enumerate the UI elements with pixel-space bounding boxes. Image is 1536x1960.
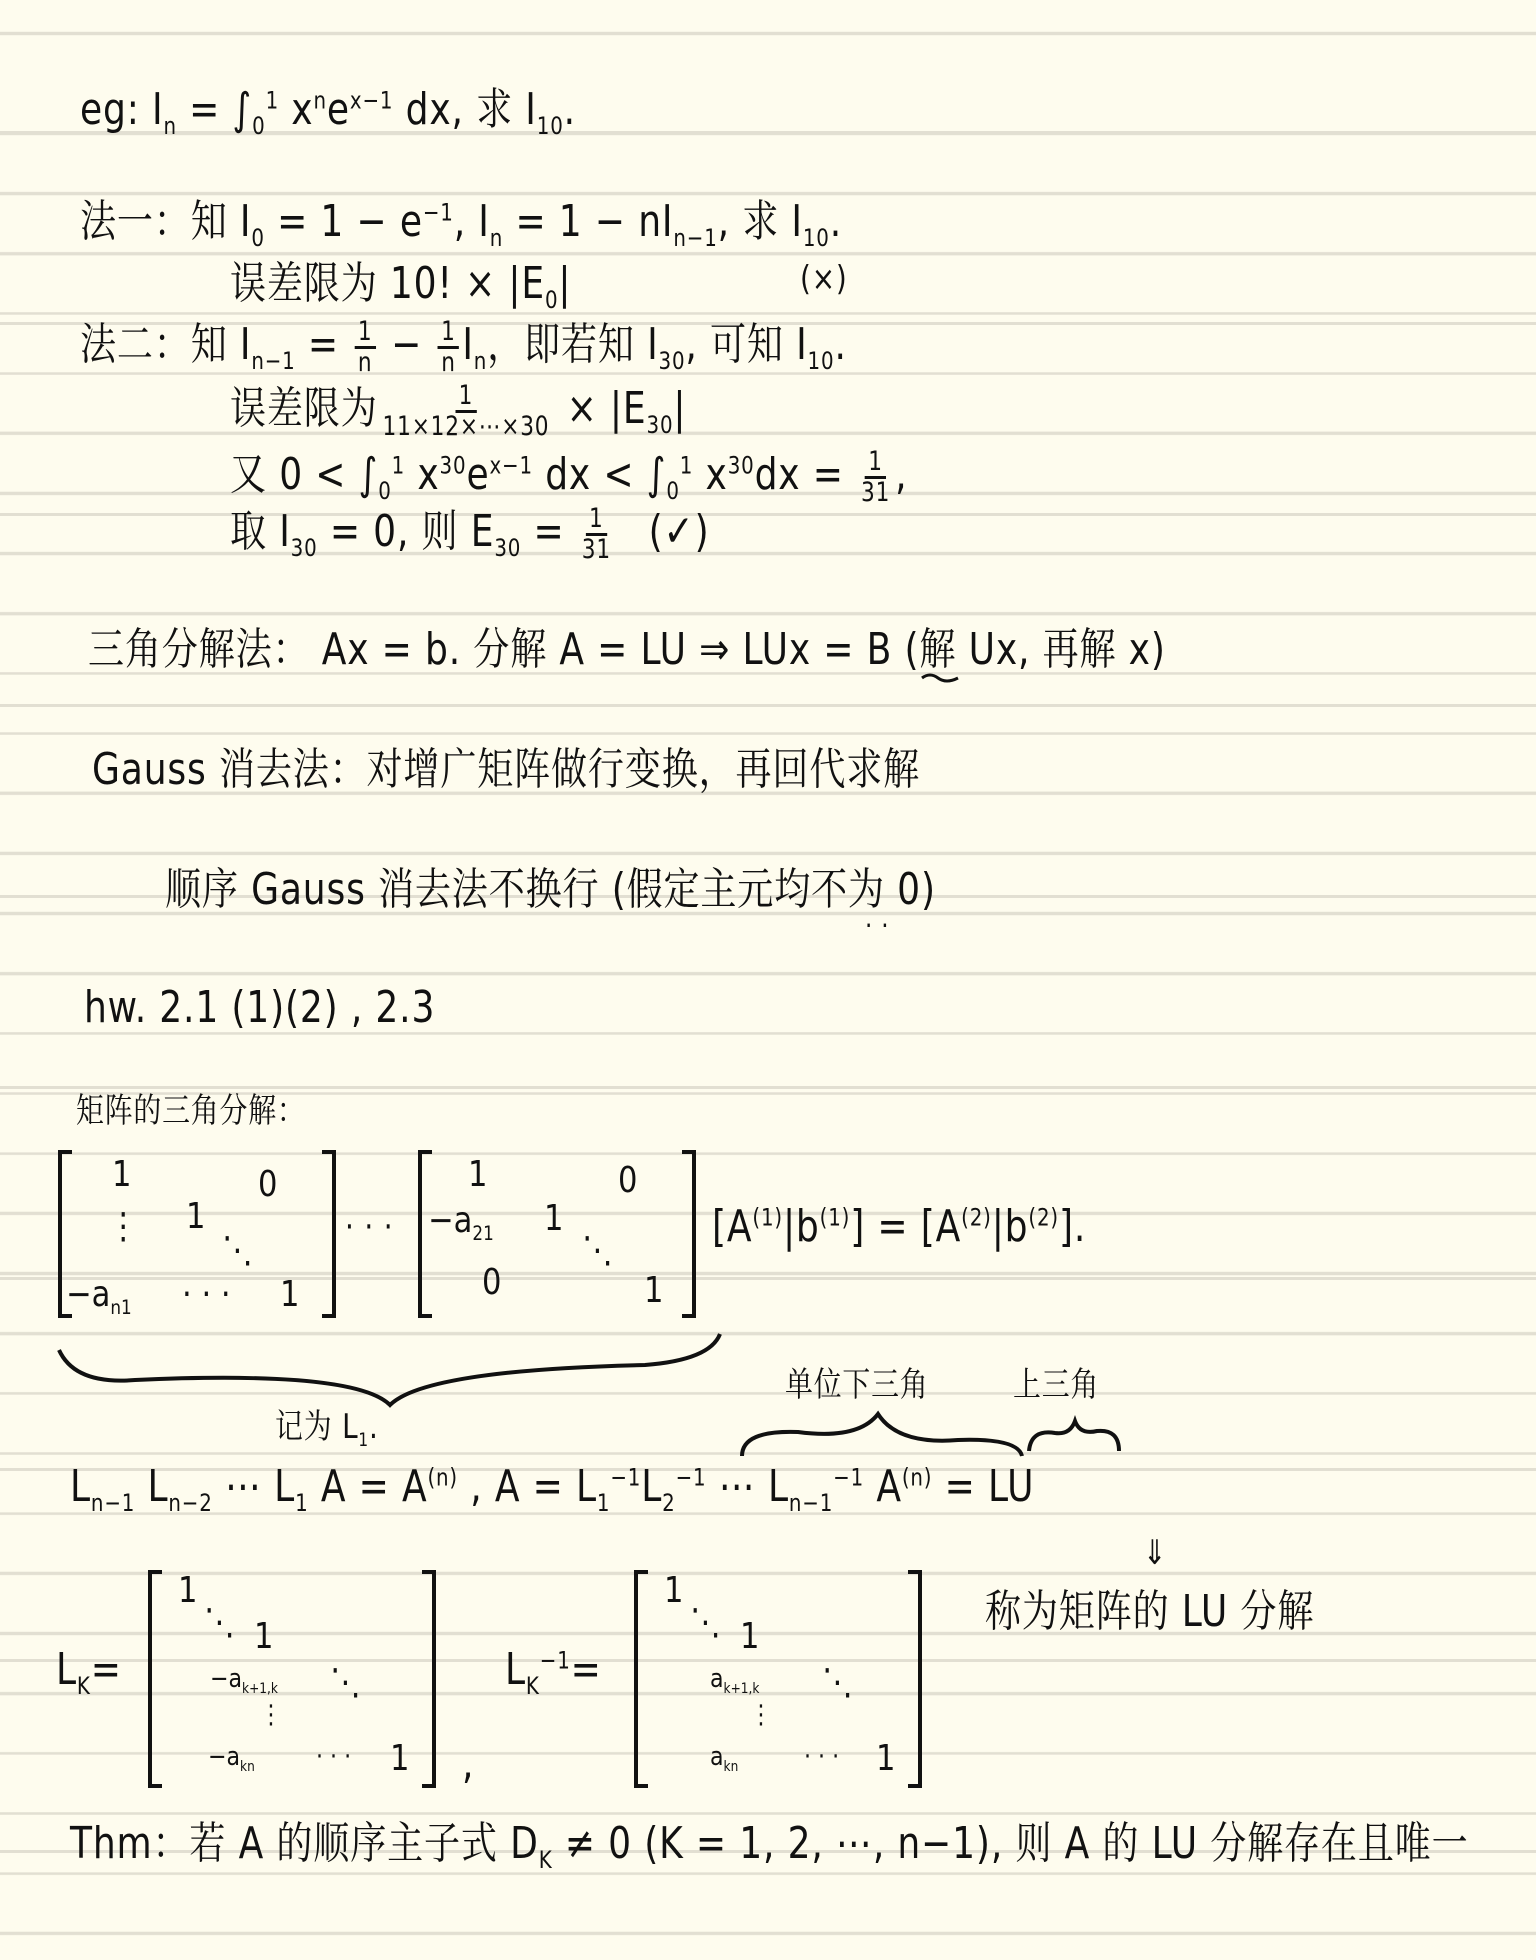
sup: 30 (728, 452, 755, 480)
text: = (296, 319, 352, 370)
sub: n−1 (91, 1489, 135, 1517)
text: 顺序 Gauss 消去法不换行 (假定主元均不为 0) (165, 864, 936, 915)
num: 1 (865, 448, 886, 479)
sub: n (474, 347, 487, 375)
cell: ⋱ (690, 1602, 721, 1643)
text: Thm：若 A 的顺序主子式 D (70, 1818, 539, 1869)
cell: 1 (280, 1274, 299, 1315)
cell: 1 (254, 1616, 273, 1657)
text: , (895, 449, 907, 500)
sup: −1 (423, 198, 454, 226)
text: L (70, 1461, 91, 1512)
cell: ⋱ (204, 1602, 235, 1643)
text: ⋯ L (213, 1461, 295, 1512)
gauss-line: Gauss 消去法：对增广矩阵做行变换，再回代求解 (92, 748, 920, 792)
wrong-mark: (×) (800, 259, 848, 299)
period: . (564, 84, 576, 135)
sup: −1 (833, 1463, 864, 1491)
sub: 30 (291, 534, 318, 562)
sub: 30 (659, 347, 686, 375)
text: ≠ 0 (K = 1, 2, ⋯, n−1), 则 A 的 LU 分解存在且唯一 (553, 1818, 1469, 1869)
text: 矩阵的三角分解： (76, 1091, 306, 1131)
text: = 0, 则 E (318, 506, 495, 557)
sub: 10 (803, 224, 830, 252)
cell: −a (428, 1200, 472, 1241)
sub: 30 (647, 411, 674, 439)
cell: 1 (468, 1154, 487, 1195)
fraction: 1n (438, 318, 459, 376)
text: = (571, 1644, 602, 1695)
text: ，即若知 I (487, 319, 658, 370)
text: dx < ∫ (533, 449, 666, 500)
matrix-decomposition-title: 矩阵的三角分解： (76, 1094, 306, 1128)
cell: ⋱ (582, 1230, 613, 1271)
text: | (558, 258, 571, 309)
underbrace-icon (55, 1330, 725, 1410)
text: L (641, 1461, 662, 1512)
text: ]. (1059, 1201, 1086, 1252)
cell: · · · (804, 1742, 839, 1772)
sub: 1 (295, 1489, 308, 1517)
fraction: 111×12×⋯×30 (381, 382, 551, 440)
text: L (505, 1644, 526, 1695)
emphasis-dots: · · (865, 912, 889, 940)
text: 取 I (230, 506, 291, 557)
text: = (91, 1644, 122, 1695)
sup: −1 (540, 1646, 571, 1674)
text: ] = [A (850, 1201, 961, 1252)
text: 单位下三角 (785, 1365, 929, 1405)
lk-comma: , (462, 1742, 474, 1786)
sup: (2) (961, 1203, 992, 1231)
sup: (1) (820, 1203, 851, 1231)
method1-line: 法一：知 I0 = 1 − e−1, In = 1 − nIn−1, 求 I10… (80, 200, 842, 244)
matrix-product-dots: · · · (345, 1210, 393, 1244)
text: L (56, 1644, 77, 1695)
cell: 0 (258, 1164, 277, 1205)
e: e (327, 84, 350, 135)
sub: 0 (251, 224, 264, 252)
arrow: ⇓ (1143, 1533, 1167, 1573)
cell: ⋮ (750, 1700, 772, 1730)
period: . (830, 196, 842, 247)
sup: (n) (427, 1463, 458, 1491)
den: n (440, 349, 458, 377)
lu-equation-line: Ln−1 Ln−2 ⋯ L1 A = A(n) , A = L1−1L2−1 ⋯… (70, 1465, 1034, 1509)
text: , 求 I (718, 196, 803, 247)
cell: −a (210, 1664, 242, 1694)
cell: · · · (182, 1274, 231, 1315)
sub: 30 (494, 534, 521, 562)
sup: (1) (752, 1203, 783, 1231)
num: 1 (586, 505, 607, 536)
text: |b (783, 1201, 820, 1252)
cell: ⋱ (822, 1662, 853, 1703)
sub: kn (724, 1759, 739, 1775)
cell: 0 (482, 1262, 501, 1303)
sub: n−1 (673, 224, 717, 252)
text: 称为矩阵的 LU 分解 (985, 1586, 1314, 1637)
brace-label: 记为 L1. (275, 1410, 379, 1444)
text: 三角分解法： Ax = b. 分解 A = LU ⇒ LUx = B (解 Ux… (88, 624, 1166, 675)
text: = (521, 506, 577, 557)
augmented-matrix-equation: [A(1)|b(1)] = [A(2)|b(2)]. (712, 1205, 1086, 1249)
method1-label: 法一：知 I (80, 196, 251, 247)
den: 11×12×⋯×30 (381, 413, 551, 441)
lu-decomposition-label: 称为矩阵的 LU 分解 (985, 1590, 1314, 1634)
example-line: eg: In = ∫01 xnex−1 dx, 求 I10. (80, 88, 576, 132)
text: dx = (755, 449, 857, 500)
sub: 10 (808, 347, 835, 375)
text: = 1 − nI (503, 196, 673, 247)
lk-matrix: 1 ⋱ 1 −ak+1,k ⋱ ⋮ −akn · · · 1 (148, 1570, 436, 1788)
sup: x−1 (350, 86, 393, 114)
sup: n (313, 86, 326, 114)
sub: n−1 (789, 1489, 833, 1517)
method2-take-line: 取 I30 = 0, 则 E30 = 131(✓) (230, 505, 710, 563)
text: = LU (932, 1461, 1034, 1512)
cell: · · · (316, 1742, 351, 1772)
text: A = A (309, 1461, 428, 1512)
fraction: 131 (580, 505, 612, 563)
text: − (379, 319, 435, 370)
tilde-underline-icon (920, 672, 960, 686)
text: A (864, 1461, 902, 1512)
sub: 0 (545, 286, 558, 314)
text: hw. 2.1 (1)(2) , 2.3 (84, 982, 435, 1033)
cell: ⋱ (330, 1662, 361, 1703)
text: Gauss 消去法：对增广矩阵做行变换，再回代求解 (92, 744, 920, 795)
sequential-gauss-line: 顺序 Gauss 消去法不换行 (假定主元均不为 0) (165, 868, 936, 912)
sup: −1 (676, 1463, 707, 1491)
text: , (462, 1738, 474, 1789)
lk-inverse-label: LK−1= (505, 1648, 602, 1692)
text: , I (454, 196, 490, 247)
cell: −a (66, 1274, 110, 1315)
cell: 1 (876, 1738, 895, 1779)
sub: 10 (537, 112, 564, 140)
sub: 1 (597, 1489, 610, 1517)
sub: 21 (472, 1222, 493, 1245)
num: 1 (355, 318, 376, 349)
sub: k+1,k (724, 1681, 760, 1697)
sup: x−1 (489, 452, 532, 480)
text: . (369, 1407, 379, 1447)
sub: 2 (662, 1489, 675, 1517)
cell: −a (208, 1742, 240, 1772)
int-lower: 0 (252, 112, 265, 140)
sub: 0 (666, 477, 679, 505)
theorem-line: Thm：若 A 的顺序主子式 DK ≠ 0 (K = 1, 2, ⋯, n−1)… (70, 1822, 1469, 1866)
text: I (462, 319, 473, 370)
method1-error-line: 误差限为 10! × |E0| (230, 262, 571, 306)
text: 上三角 (1013, 1365, 1099, 1405)
sub: n−1 (251, 347, 295, 375)
overbrace-small-icon (1025, 1415, 1125, 1455)
down-arrow-icon: ⇓ (1143, 1536, 1167, 1570)
fraction: 1n (355, 318, 376, 376)
sub: n1 (110, 1296, 131, 1319)
text: e (466, 449, 489, 500)
cell: 1 (186, 1196, 205, 1237)
error-bound-label: 误差限为 (230, 383, 378, 434)
cell: 1 (112, 1154, 131, 1195)
cell: 1 (178, 1570, 197, 1611)
sub: n (490, 224, 503, 252)
sub: 0 (378, 477, 391, 505)
error-bound-label: 误差限为 10! × |E (230, 258, 545, 309)
lk-inverse-matrix: 1 ⋱ 1 ak+1,k ⋱ ⋮ akn · · · 1 (634, 1570, 922, 1788)
triangular-decomposition-line: 三角分解法： Ax = b. 分解 A = LU ⇒ LUx = B (解 Ux… (88, 628, 1166, 672)
sub: K (526, 1672, 540, 1700)
sub: n−2 (168, 1489, 212, 1517)
text: × |E (554, 383, 646, 434)
annotation-upper-triangular: 上三角 (1013, 1368, 1099, 1402)
den: 31 (580, 536, 612, 564)
cell: a (710, 1664, 724, 1694)
sup: −1 (610, 1463, 641, 1491)
example-prefix: eg: I (80, 84, 163, 135)
cell: 1 (390, 1738, 409, 1779)
sub: 1 (358, 1430, 369, 1451)
sup: 1 (680, 452, 693, 480)
method2-bound-line: 又 0 < ∫01 x30ex−1 dx < ∫01 x30dx = 131, (230, 448, 907, 506)
method2-label: 法二：知 I (80, 319, 251, 370)
sub: n (163, 112, 176, 140)
period: . (834, 319, 846, 370)
text: x (693, 449, 727, 500)
cell: a (710, 1742, 724, 1772)
elimination-matrix-1: 1 0 1 ⋮ ⋱ −an1 · · · 1 (58, 1150, 336, 1318)
text: | (673, 383, 686, 434)
cell: 1 (740, 1616, 759, 1657)
sub: k+1,k (242, 1681, 278, 1697)
integrand: x (279, 84, 313, 135)
method2-error-line: 误差限为111×12×⋯×30 × |E30| (230, 382, 686, 440)
method1-verdict: (×) (800, 262, 848, 296)
annotation-unit-lower-triangular: 单位下三角 (785, 1368, 929, 1402)
dots: · · (865, 909, 889, 942)
text: = 1 − e (265, 196, 423, 247)
cell: ⋮ (108, 1206, 139, 1247)
cell: 1 (664, 1570, 683, 1611)
sub: kn (240, 1759, 255, 1775)
text: ⋯ L (706, 1461, 788, 1512)
cell: ⋮ (260, 1700, 282, 1730)
fraction: 131 (859, 448, 891, 506)
num: 1 (455, 382, 476, 413)
den: 31 (859, 479, 891, 507)
elimination-matrix-2: 1 0 −a21 1 0 ⋱ 1 (418, 1150, 696, 1318)
lk-label: LK= (56, 1648, 122, 1692)
cell: ⋱ (222, 1230, 253, 1271)
cell: 1 (544, 1198, 563, 1239)
sup: (2) (1028, 1203, 1059, 1231)
sup: (n) (902, 1463, 933, 1491)
text: 又 0 < ∫ (230, 449, 378, 500)
text: [A (712, 1201, 752, 1252)
equals-integral: = ∫ (177, 84, 252, 135)
homework-line: hw. 2.1 (1)(2) , 2.3 (84, 986, 435, 1030)
text: 记为 L (275, 1407, 358, 1447)
cell: 0 (618, 1160, 637, 1201)
text: L (135, 1461, 168, 1512)
num: 1 (438, 318, 459, 349)
den: n (356, 349, 374, 377)
correct-mark: (✓) (649, 506, 710, 557)
method2-line: 法二：知 In−1 = 1n − 1nIn，即若知 I30, 可知 I10. (80, 318, 847, 376)
text: , A = L (458, 1461, 597, 1512)
int-upper: 1 (266, 86, 279, 114)
dots: · · · (345, 1207, 393, 1247)
text: , 可知 I (685, 319, 807, 370)
dx: dx, 求 I (393, 84, 536, 135)
text: |b (992, 1201, 1029, 1252)
text: x (405, 449, 439, 500)
sub: K (539, 1846, 553, 1874)
sup: 1 (392, 452, 405, 480)
sup: 30 (440, 452, 467, 480)
cell: 1 (644, 1270, 663, 1311)
sub: K (77, 1672, 91, 1700)
overbrace-icon (738, 1410, 1028, 1460)
